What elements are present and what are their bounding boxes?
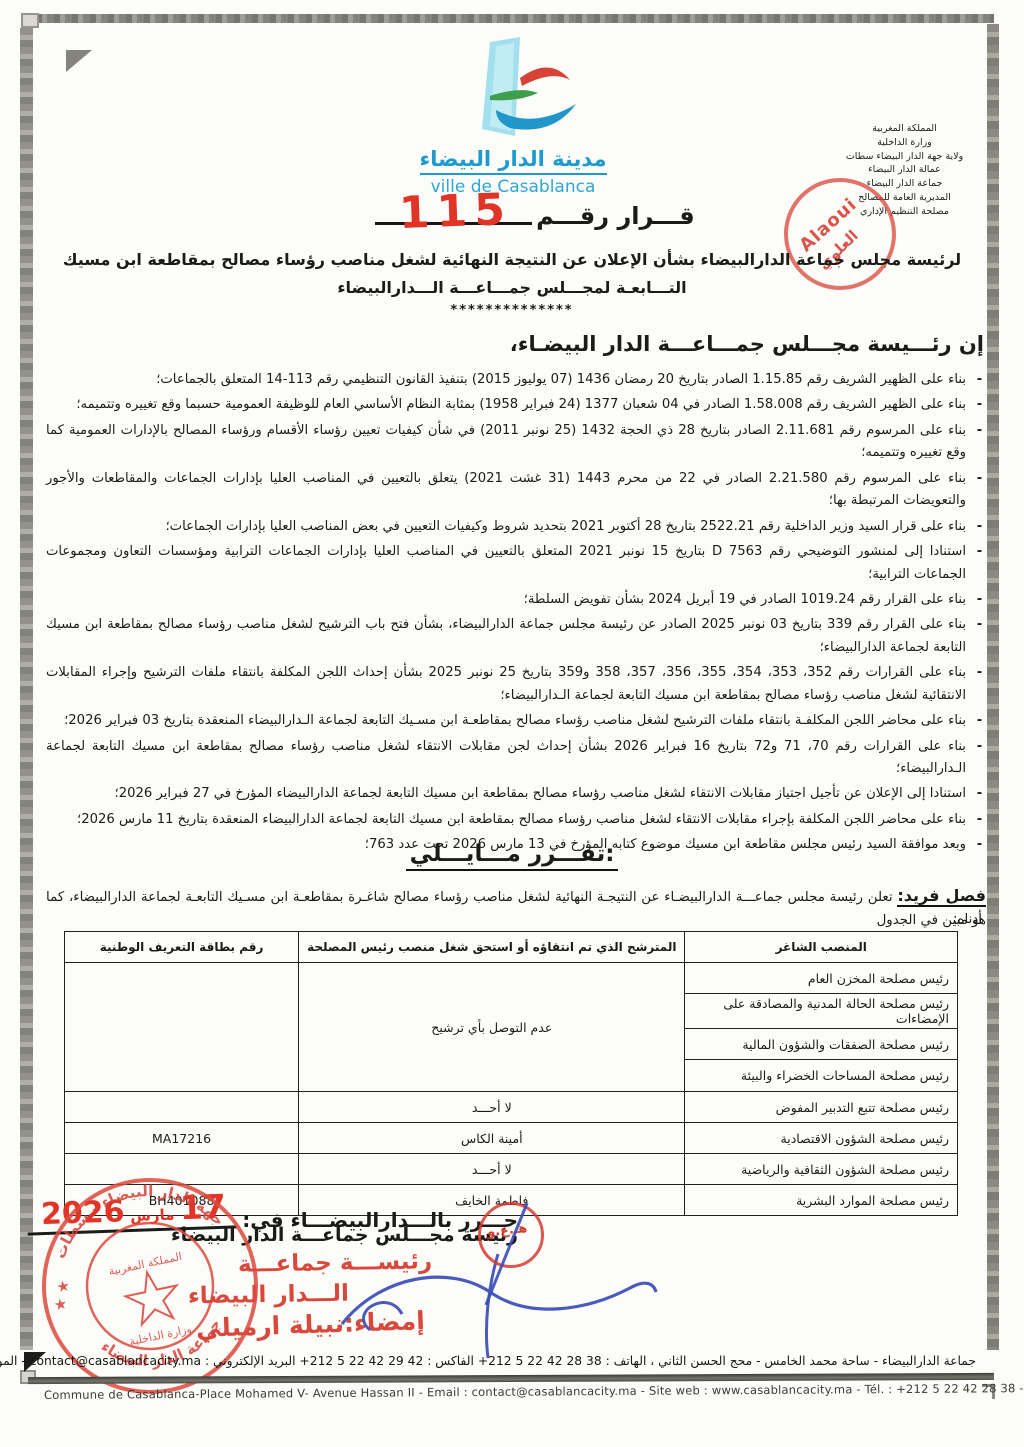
position-cell: رئيس مصلحة المخزن العام: [685, 963, 958, 994]
clause-text: بناء على القرارات رقم 70، 71 و72 بتاريخ …: [46, 736, 966, 781]
id-cell: MA17216: [65, 1123, 299, 1154]
position-cell: رئيس مصلحة الشؤون الثقافية والرياضية: [685, 1154, 958, 1185]
sole-article-text: تعلن رئيسة مجلس جماعـــة الدارالبيضـاء ع…: [46, 890, 986, 928]
table-header-position: المنصب الشاغر: [685, 932, 958, 963]
fold-triangle-mark: [66, 50, 92, 72]
separator-stars: **************: [0, 303, 1024, 318]
preamble-clause: -بناء على محاضر اللجن المكلفـة بانتقاء م…: [46, 710, 986, 732]
clause-text: بناء على قرار السيد وزير الداخلية رقم 25…: [46, 516, 966, 538]
position-cell: رئيس مصلحة الشؤون الاقتصادية: [685, 1123, 958, 1154]
small-approval-stamp: هـ.ع.و: [478, 1202, 544, 1268]
small-stamp-text: هـ.ع.و: [486, 1221, 528, 1240]
table-header-id: رقم بطاقة التعريف الوطنية: [65, 932, 299, 963]
preamble-clause: -بناء على الظهير الشريف رقم 1.15.85 الصا…: [46, 369, 986, 391]
preamble-clause: -استنادا إلى لمنشور التوضيحي رقم D 7563 …: [46, 541, 986, 586]
clause-bullet: -: [973, 420, 986, 465]
footer-arabic: جماعة الدارالبيضاء - ساحة محمد الخامس - …: [0, 1354, 976, 1368]
position-cell: رئيس مصلحة الموارد البشرية: [685, 1185, 958, 1216]
clause-text: استنادا إلى الإعلان عن تأجيل اجتياز مقاب…: [46, 783, 966, 805]
clause-bullet: -: [973, 394, 986, 416]
clause-bullet: -: [973, 710, 986, 732]
clause-bullet: -: [973, 589, 986, 611]
decision-subtitle-line1: لرئيسة مجلس جماعة الدارالبيضاء بشأن الإع…: [40, 246, 984, 274]
decision-label: قـــرار رقـــم: [536, 202, 695, 230]
clause-text: بناء على محاضر اللجن المكلفة بإجراء مقاب…: [46, 809, 966, 831]
clause-bullet: -: [973, 369, 986, 391]
id-cell: [65, 1092, 299, 1123]
sole-article: فصل فريد: تعلن رئيسة مجلس جماعـــة الدار…: [46, 882, 986, 933]
clause-bullet: -: [973, 468, 986, 513]
preamble-clause: -بناء على محاضر اللجن المكلفة بإجراء مقا…: [46, 809, 986, 831]
decision-number-handwritten: 115: [399, 192, 513, 231]
clause-text: استنادا إلى لمنشور التوضيحي رقم D 7563 ب…: [46, 541, 966, 586]
clause-text: بناء على القرار رقم 339 بتاريخ 03 نونبر …: [46, 614, 966, 659]
position-cell: رئيس مصلحة الصفقات والشؤون المالية: [685, 1029, 958, 1060]
round-stamp-stars-icon: ★ ★: [51, 1279, 73, 1313]
clause-text: بناء على القرارات رقم 352، 353، 354، 355…: [46, 662, 966, 707]
position-cell: رئيس مصلحة تتبع التدبير المفوض: [685, 1092, 958, 1123]
preamble-clause: -بناء على المرسوم رقم 2.11.681 الصادر بت…: [46, 420, 986, 465]
clause-bullet: -: [973, 783, 986, 805]
decision-number-wrap: 115: [389, 194, 522, 230]
decision-title-row: قـــرار رقـــم 115: [0, 194, 1024, 230]
table-row: رئيس مصلحة تتبع التدبير المفوض لا أحـــد: [65, 1092, 958, 1123]
logo-title-arabic: مدينة الدار البيضاء: [420, 148, 607, 175]
sole-article-tail: أدناه:: [953, 912, 982, 927]
letterhead-line: المملكة المغربية: [827, 122, 982, 136]
preamble-clause: -بناء على قرار السيد وزير الداخلية رقم 2…: [46, 516, 986, 538]
sole-article-label: فصل فريد:: [897, 886, 986, 907]
preamble-clause: -بناء على القرارات رقم 70، 71 و72 بتاريخ…: [46, 736, 986, 781]
preamble-clause: -استنادا إلى الإعلان عن تأجيل اجتياز مقا…: [46, 783, 986, 805]
candidate-cell-merged: عدم التوصل بأي ترشيح: [299, 963, 685, 1092]
scan-corner-mark: [21, 13, 39, 28]
clause-text: بناء على المرسوم رقم 2.11.681 الصادر بتا…: [46, 420, 966, 465]
clause-bullet: -: [973, 662, 986, 707]
star-icon: [122, 1267, 183, 1327]
table-header-row: المنصب الشاغر المترشح الذي تم انتقاؤه أو…: [65, 932, 958, 963]
position-cell: رئيس مصلحة المساحات الخضراء والبيئة: [685, 1060, 958, 1092]
table-header-candidate: المترشح الذي تم انتقاؤه أو استحق شغل منص…: [299, 932, 685, 963]
clause-text: بناء على الظهير الشريف رقم 1.15.85 الصاد…: [46, 369, 966, 391]
table-row: رئيس مصلحة المخزن العام عدم التوصل بأي ت…: [65, 963, 958, 994]
preamble-clause: -بناء على المرسوم رقم 2.21.580 الصادر في…: [46, 468, 986, 513]
preamble-clause: -بناء على القرار رقم 339 بتاريخ 03 نونبر…: [46, 614, 986, 659]
preamble-clause: -بناء على الظهير الشريف رقم 1.58.008 الص…: [46, 394, 986, 416]
clause-text: بناء على محاضر اللجن المكلفـة بانتقاء مل…: [46, 710, 966, 732]
clause-text: بناء على القرار رقم 1019.24 الصادر في 19…: [46, 589, 966, 611]
clause-bullet: -: [973, 516, 986, 538]
letterhead-line: عمالة الدار البيضاء: [827, 163, 982, 177]
decision-subtitle-line2: التـــابعـة لمجـــلس جمـــاعـــة الـــدا…: [40, 274, 984, 302]
letterhead-line: وزارة الداخلية: [827, 136, 982, 150]
resolution-heading: تقـــرر مـــايـــلي:: [406, 841, 619, 871]
clause-bullet: -: [973, 541, 986, 586]
table-row: رئيس مصلحة الشؤون الاقتصادية أمينة الكاس…: [65, 1123, 958, 1154]
id-cell-merged: [65, 963, 299, 1092]
letterhead-line: ولاية جهة الدار البيضاء سطات: [827, 150, 982, 164]
decision-subtitle: لرئيسة مجلس جماعة الدارالبيضاء بشأن الإع…: [40, 246, 984, 302]
signature-scribble-icon: [330, 1248, 660, 1360]
clause-text: بناء على المرسوم رقم 2.21.580 الصادر في …: [46, 468, 966, 513]
preamble-clause: -بناء على القرار رقم 1019.24 الصادر في 1…: [46, 589, 986, 611]
clause-bullet: -: [973, 614, 986, 659]
clause-bullet: -: [973, 809, 986, 831]
candidate-cell: لا أحـــد: [299, 1092, 685, 1123]
candidate-cell: أمينة الكاس: [299, 1123, 685, 1154]
clause-bullet: -: [973, 736, 986, 781]
round-stamp-center-line1: المملكة المغربية: [107, 1250, 183, 1278]
resolution-heading-row: تقـــرر مـــايـــلي:: [0, 841, 1024, 867]
casablanca-logo: مدينة الدار البيضاء ville de Casablanca: [388, 36, 638, 197]
scan-edge-top: [36, 14, 994, 23]
preamble-clauses: -بناء على الظهير الشريف رقم 1.15.85 الصا…: [46, 369, 986, 860]
clause-text: بناء على الظهير الشريف رقم 1.58.008 الصا…: [46, 394, 966, 416]
casablanca-logo-icon: [438, 36, 588, 148]
candidate-cell: لا أحـــد: [299, 1154, 685, 1185]
preamble-opening: إن رئـــيسة مجـــلس جمـــاعـــة الدار ال…: [510, 332, 984, 356]
scanned-decision-document: مدينة الدار البيضاء ville de Casablanca …: [0, 0, 1024, 1447]
preamble-clause: -بناء على القرارات رقم 352، 353، 354، 35…: [46, 662, 986, 707]
position-cell: رئيس مصلحة الحالة المدنية والمصادقة على …: [685, 994, 958, 1029]
